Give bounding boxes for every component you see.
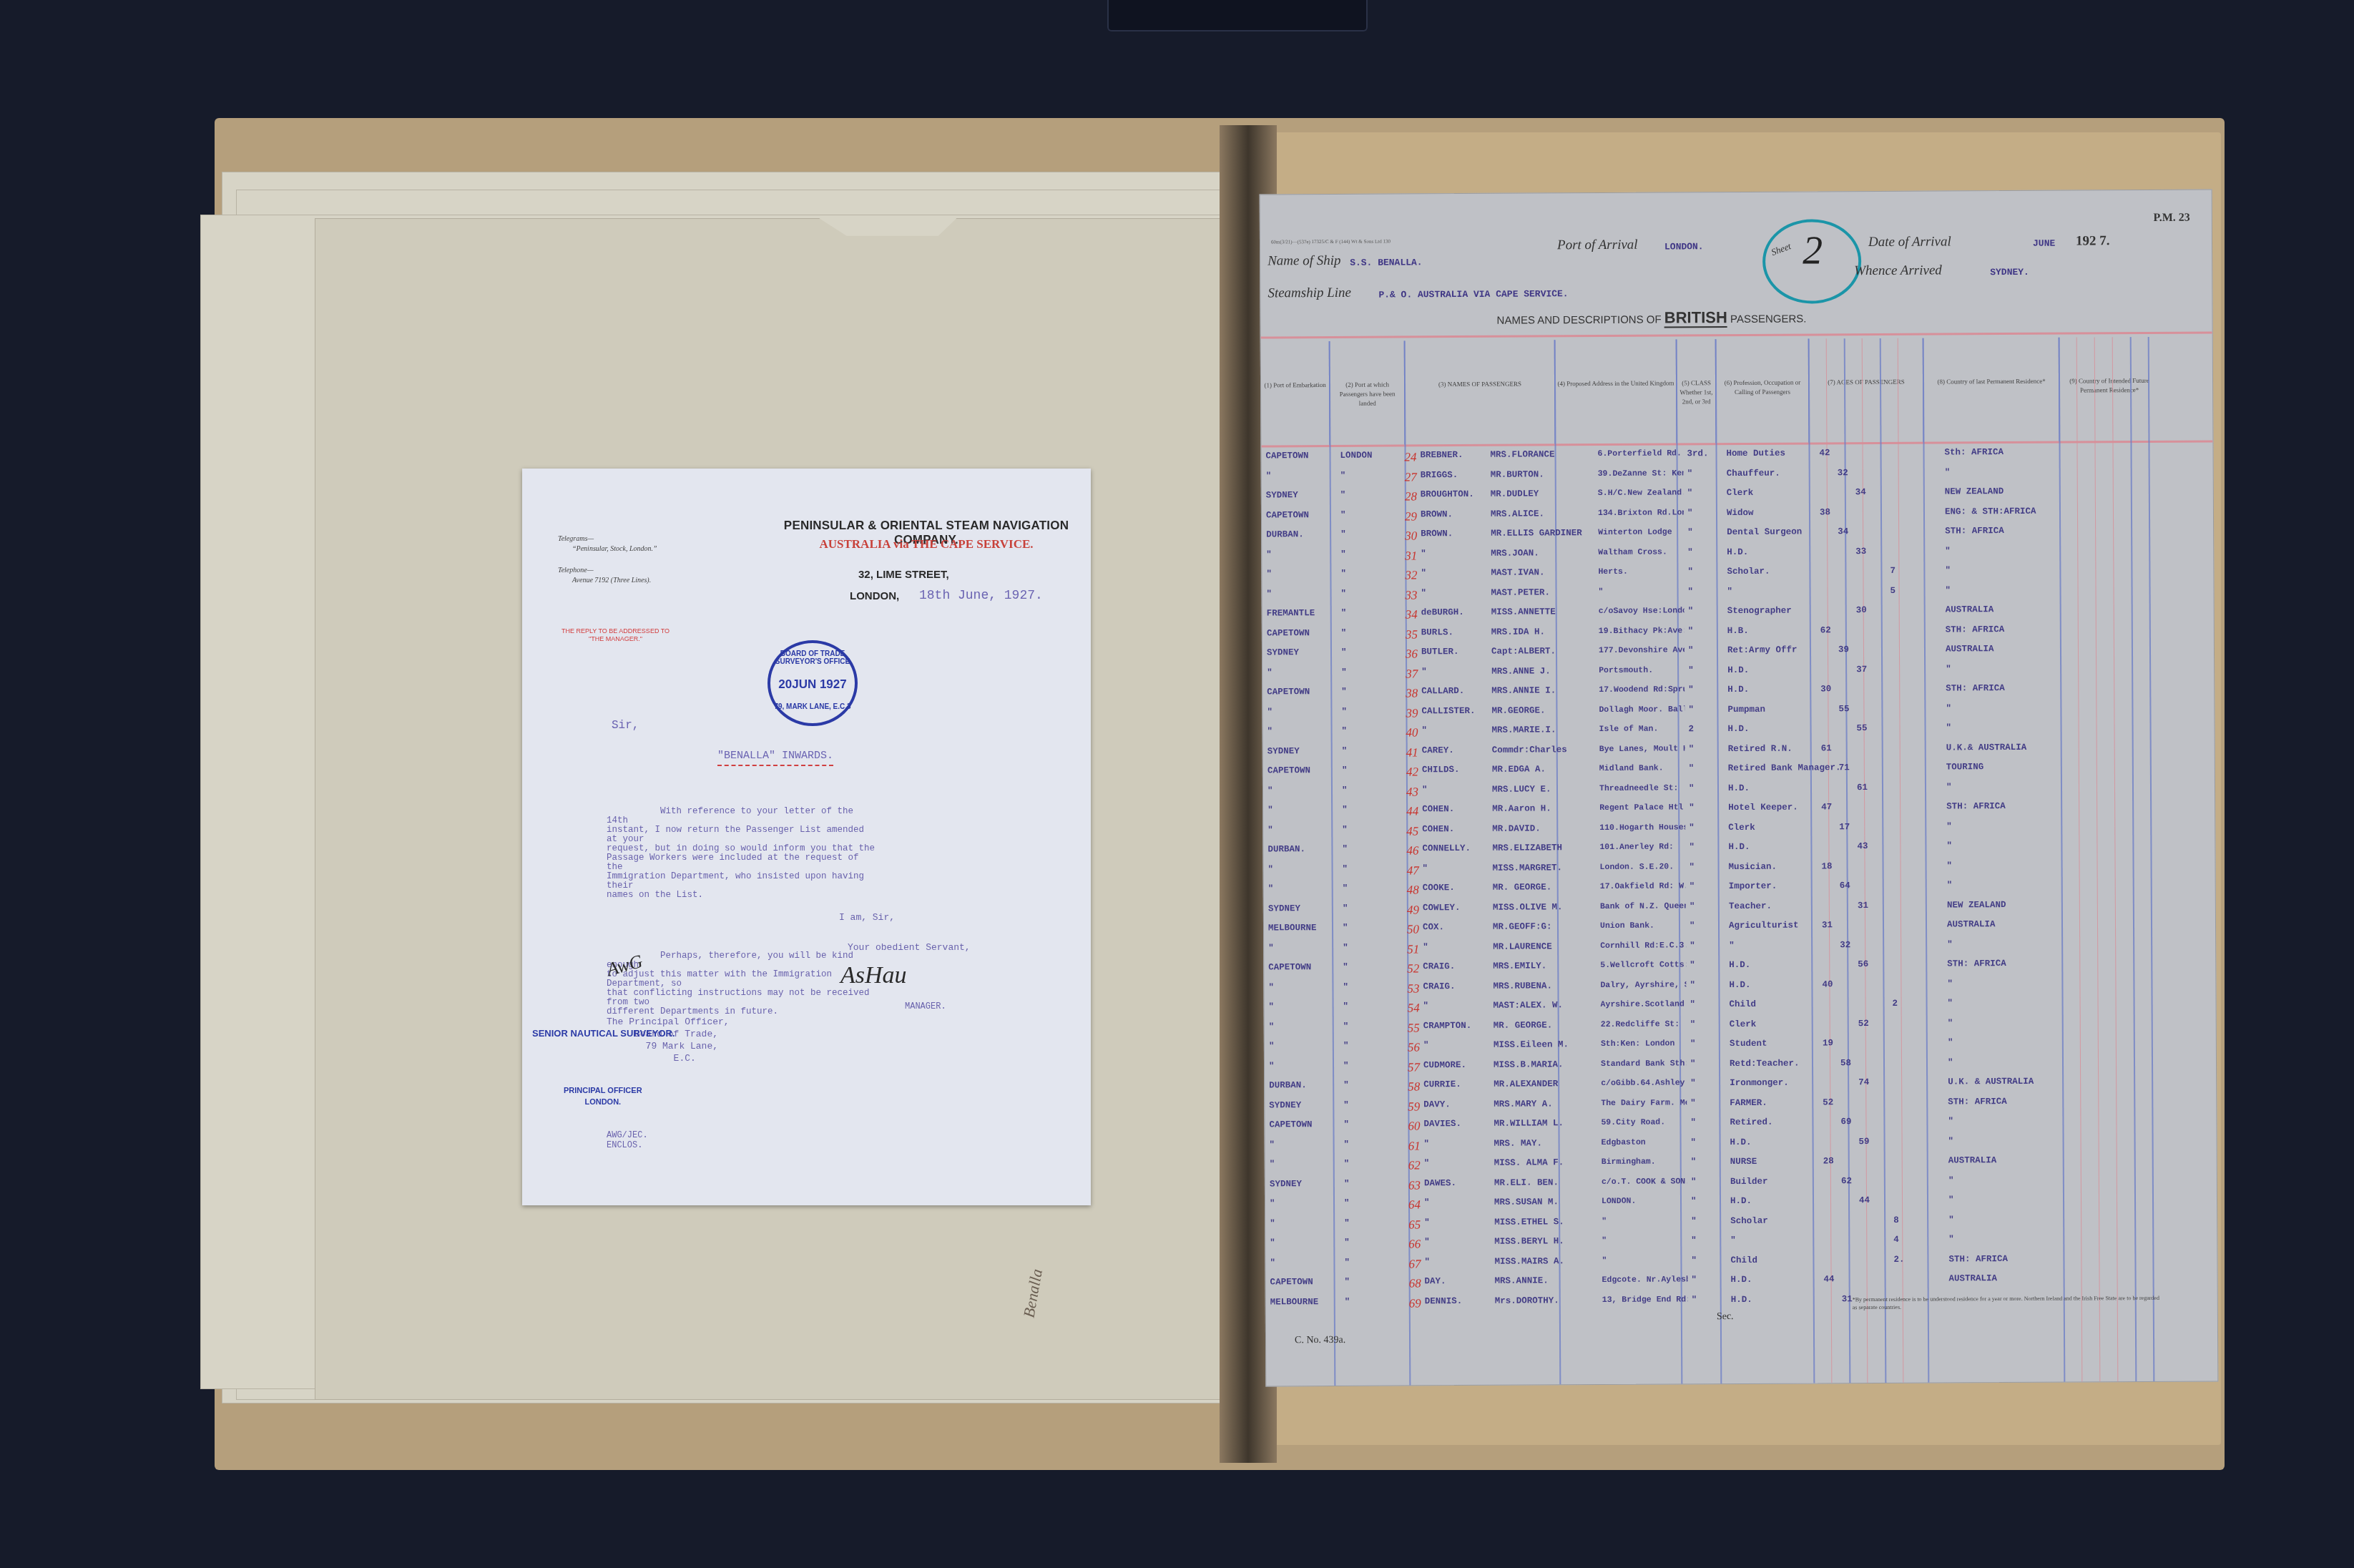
cell-cls: " — [1690, 1059, 1696, 1069]
cell-addr: Herts. — [1598, 567, 1627, 577]
form-number: C. No. 439a. — [1295, 1335, 1345, 1346]
cell-age: 32 — [1840, 940, 1850, 950]
cell-occ: Hotel Keeper. — [1728, 803, 1798, 813]
cell-emb: " — [1268, 982, 1274, 992]
cell-occ: Retired R.N. — [1728, 743, 1793, 753]
surveyor-stamp: SENIOR NAUTICAL SURVEYOR. — [532, 1028, 675, 1039]
cell-occ: Builder — [1730, 1176, 1768, 1186]
cell-cls: " — [1691, 1196, 1697, 1206]
cell-num: 62 — [1408, 1158, 1421, 1172]
cell-land: " — [1343, 1041, 1349, 1051]
cell-age: 2. — [1893, 1254, 1904, 1264]
cell-land: " — [1341, 588, 1347, 598]
cell-given: MRS.ANNE J. — [1491, 666, 1551, 676]
cell-emb: " — [1266, 569, 1272, 579]
cell-num: 32 — [1405, 568, 1417, 582]
cell-cls: " — [1692, 1275, 1697, 1285]
cell-cls: " — [1689, 823, 1695, 833]
port-of-arrival: LONDON. — [1664, 241, 1704, 252]
cell-addr: c/oSavoy Hse:London — [1599, 606, 1684, 616]
cell-emb: SYDNEY — [1268, 903, 1300, 913]
cell-occ: H.D. — [1727, 547, 1748, 557]
cell-given: MR.Aaron H. — [1492, 803, 1551, 813]
cell-addr: " — [1602, 1236, 1607, 1245]
cell-num: 46 — [1406, 843, 1418, 858]
cell-given: MR.WILLIAM L. — [1494, 1118, 1564, 1129]
cell-land: " — [1341, 608, 1347, 618]
col-landed: (2) Port at which Passengers have been l… — [1329, 340, 1406, 445]
cell-addr: 39.DeZanne St: Kenington Park. — [1598, 469, 1684, 479]
cell-res: AUSTRALIA — [1947, 919, 1996, 929]
cell-age: 44 — [1859, 1195, 1870, 1205]
cell-surname: " — [1423, 1040, 1429, 1050]
cell-emb: DURBAN. — [1267, 844, 1305, 854]
cell-surname: CRAIG. — [1423, 981, 1455, 991]
cell-occ: H.D. — [1730, 1196, 1752, 1206]
letterhead-telegrams: Telegrams— “Peninsular, Stock, London.” … — [558, 534, 657, 586]
cell-res: " — [1946, 782, 1952, 792]
cell-emb: " — [1267, 589, 1272, 599]
cell-emb: " — [1268, 883, 1274, 893]
cell-emb: CAPETOWN — [1267, 687, 1310, 697]
cell-land: " — [1342, 785, 1348, 795]
cell-num: 52 — [1407, 961, 1419, 976]
cell-occ: Ret:Army Offr — [1727, 645, 1798, 656]
cell-cls: 2 — [1689, 724, 1695, 734]
cell-surname: DAY. — [1425, 1276, 1446, 1286]
cell-addr: 177.Devonshire Ave — [1599, 645, 1684, 655]
cell-age: 17 — [1839, 822, 1850, 832]
cell-given: MISS. ALMA F. — [1494, 1157, 1564, 1168]
cell-res: " — [1946, 821, 1952, 831]
date-of-arrival-label: Date of Arrival — [1868, 234, 1951, 250]
cell-occ: Clerk — [1727, 488, 1754, 498]
cell-num: 54 — [1408, 1001, 1420, 1015]
cell-emb: " — [1270, 1238, 1275, 1248]
cell-addr: Bank of N.Z. Queen Vict:St;Lnd: — [1600, 901, 1686, 911]
cell-num: 50 — [1407, 922, 1419, 936]
cell-res: " — [1947, 880, 1953, 890]
cell-num: 48 — [1407, 883, 1419, 897]
cell-emb: " — [1270, 1140, 1275, 1150]
cell-emb: SYDNEY — [1266, 490, 1298, 500]
cell-given: MRS.MARY A. — [1494, 1099, 1553, 1109]
cell-given: MRS.LUCY E. — [1492, 784, 1551, 794]
cell-occ: " — [1727, 587, 1733, 597]
cell-land: " — [1344, 1257, 1350, 1267]
steamship-line: P.& O. AUSTRALIA VIA CAPE SERVICE. — [1378, 288, 1568, 300]
cell-land: " — [1341, 667, 1347, 677]
cell-age: 40 — [1822, 979, 1833, 989]
cell-res: " — [1946, 703, 1951, 713]
cell-occ: " — [1730, 1235, 1736, 1245]
cell-num: 63 — [1408, 1178, 1421, 1192]
cell-res: STH: AFRICA — [1946, 624, 2005, 634]
section-ref: Sec. — [1717, 1311, 1734, 1323]
cell-res: AUSTRALIA — [1946, 604, 1994, 614]
cell-land: " — [1343, 1021, 1349, 1031]
cell-occ: Retd:Teacher. — [1730, 1058, 1800, 1069]
cell-emb: " — [1267, 785, 1273, 795]
cell-res: STH: AFRICA — [1948, 1254, 2008, 1264]
cell-num: 59 — [1408, 1099, 1420, 1114]
cell-res: " — [1947, 939, 1953, 949]
cell-cls: " — [1690, 1117, 1696, 1127]
printer-line: 60m(3/21)—(537e) 17325/C & F (144) Wt & … — [1271, 239, 1391, 245]
principal-officer-stamp: PRINCIPAL OFFICER LONDON. — [564, 1085, 642, 1108]
closing-line-1: I am, Sir, — [839, 912, 895, 923]
cell-num: 28 — [1405, 489, 1417, 504]
cell-cls: " — [1689, 842, 1695, 852]
cell-land: " — [1343, 981, 1348, 991]
cell-land: " — [1340, 509, 1346, 519]
cell-num: 56 — [1408, 1040, 1420, 1054]
cell-surname: DAVY. — [1423, 1099, 1451, 1109]
cell-emb: CAPETOWN — [1270, 1277, 1313, 1287]
cell-addr: Waltham Cross. — [1598, 547, 1667, 557]
cell-num: 65 — [1408, 1217, 1421, 1232]
cell-given: Capt:ALBERT. — [1491, 646, 1556, 656]
cell-land: " — [1342, 726, 1348, 736]
cell-addr: 101.Anerley Rd: — [1599, 842, 1674, 852]
cell-addr: 13, Bridge End Rd: Grantham. — [1602, 1295, 1688, 1305]
cell-given: MRS.ALICE. — [1491, 509, 1544, 519]
cell-age: 31 — [1858, 901, 1868, 911]
cell-cls: 3rd. — [1687, 449, 1709, 459]
cell-age: 33 — [1855, 547, 1866, 557]
cell-land: " — [1340, 549, 1346, 559]
cell-occ: H.D. — [1729, 979, 1750, 989]
cell-age: 30 — [1856, 605, 1867, 615]
cell-age: 61 — [1857, 783, 1868, 793]
cell-land: " — [1344, 1217, 1350, 1228]
cell-occ: Clerk — [1728, 822, 1755, 832]
col-last-residence: (8) Country of last Permanent Residence* — [1923, 338, 2060, 442]
cell-emb: CAPETOWN — [1267, 628, 1310, 638]
cell-given: MRS.FLORANCE — [1491, 449, 1555, 459]
cell-surname: BURLS. — [1421, 627, 1453, 637]
cell-surname: BROWN. — [1421, 509, 1453, 519]
letter-subject: "BENALLA" INWARDS. — [717, 750, 833, 766]
cell-res: " — [1946, 722, 1952, 732]
cell-res: " — [1948, 1057, 1953, 1067]
cell-surname: DENNIS. — [1425, 1296, 1463, 1306]
cell-given: MR. GEORGE. — [1494, 1020, 1553, 1030]
cell-cls: " — [1690, 901, 1695, 911]
cell-given: MRS.IDA H. — [1491, 627, 1545, 637]
cell-occ: Importer. — [1729, 881, 1777, 891]
cell-surname: BUTLER. — [1421, 647, 1459, 657]
cell-cls: " — [1690, 881, 1695, 891]
cell-land: " — [1345, 1296, 1350, 1306]
cell-age: 62 — [1841, 1176, 1852, 1186]
col-address: (4) Proposed Address in the United Kingd… — [1554, 339, 1677, 444]
cell-occ: H.D. — [1731, 1294, 1752, 1304]
cell-cls: " — [1691, 1137, 1697, 1147]
cell-age: 64 — [1840, 881, 1850, 891]
service-name: AUSTRALIA via THE CAPE SERVICE. — [769, 537, 1084, 552]
company-city: LONDON, — [850, 590, 899, 602]
cell-num: 55 — [1408, 1021, 1420, 1035]
cell-cls: " — [1691, 1235, 1697, 1245]
cell-res: " — [1948, 1018, 1953, 1028]
cell-occ: " — [1729, 941, 1735, 951]
cell-addr: 59.City Road. — [1601, 1118, 1665, 1127]
cell-surname: " — [1421, 667, 1427, 677]
cell-age: 47 — [1821, 802, 1832, 812]
cell-res: " — [1948, 1234, 1954, 1244]
cell-res: " — [1946, 664, 1951, 674]
cell-age: 31 — [1822, 920, 1833, 930]
cell-surname: COWLEY. — [1423, 903, 1461, 913]
ship-name-label: Name of Ship — [1267, 253, 1341, 270]
cell-surname: " — [1421, 549, 1426, 559]
cell-num: 37 — [1406, 667, 1418, 681]
cell-cls: " — [1690, 960, 1695, 970]
cell-emb: SYDNEY — [1269, 1100, 1301, 1110]
cell-age: 34 — [1855, 487, 1866, 497]
cell-given: MRS.MARIE.I. — [1492, 725, 1556, 735]
recipient-address: The Principal Officer, Board of Trade, 7… — [607, 1016, 730, 1064]
cell-res: " — [1948, 1195, 1954, 1205]
cell-num: 35 — [1406, 627, 1418, 642]
cell-res: " — [1948, 1037, 1953, 1047]
cell-surname: " — [1424, 1139, 1430, 1149]
cell-age: 69 — [1840, 1117, 1851, 1127]
whence-arrived-label: Whence Arrived — [1854, 263, 1942, 280]
whence-arrived: SYDNEY. — [1990, 267, 2029, 278]
company-address: 32, LIME STREET, — [858, 569, 949, 581]
cell-land: " — [1343, 1099, 1349, 1109]
cell-res: " — [1945, 546, 1951, 556]
cell-given: MRS.SUSAN M. — [1494, 1197, 1559, 1207]
cell-addr: Edgbaston — [1602, 1137, 1646, 1147]
cell-num: 44 — [1406, 804, 1418, 818]
cell-age: 55 — [1857, 723, 1868, 733]
cell-age: 71 — [1839, 763, 1850, 773]
cell-addr: London. S.E.20. — [1600, 862, 1674, 872]
cell-land: " — [1342, 824, 1348, 834]
cell-occ: Agriculturist — [1729, 921, 1799, 931]
cell-res: NEW ZEALAND — [1945, 486, 2004, 496]
cell-given: MRS.ANNIE I. — [1491, 685, 1556, 695]
cell-age: 37 — [1856, 665, 1867, 675]
cell-cls: " — [1690, 999, 1696, 1009]
cell-num: 30 — [1405, 529, 1417, 543]
cell-cls: " — [1690, 862, 1695, 872]
cell-addr: Dollagh Moor. Ballaugh. — [1599, 705, 1684, 715]
cell-given: MR.LAURENCE — [1493, 941, 1552, 951]
cell-emb: " — [1269, 1001, 1275, 1011]
cell-emb: " — [1270, 1198, 1275, 1208]
cell-surname: COHEN. — [1422, 804, 1454, 814]
cell-cls: " — [1688, 587, 1694, 597]
cell-surname: " — [1424, 1257, 1430, 1267]
cell-emb: DURBAN. — [1269, 1080, 1307, 1090]
cell-cls: " — [1690, 941, 1695, 951]
letter-date: 18th June, 1927. — [919, 589, 1043, 603]
cell-res: STH: AFRICA — [1946, 801, 2006, 811]
cell-res: U.K. & AUSTRALIA — [1948, 1077, 2034, 1087]
cell-emb: CAPETOWN — [1268, 962, 1311, 972]
closing-line-2: Your obedient Servant, — [848, 942, 971, 953]
cell-surname: " — [1421, 588, 1427, 598]
cell-cls: " — [1689, 744, 1695, 754]
cell-occ: H.D. — [1727, 685, 1749, 695]
cell-given: MR.BURTON. — [1491, 469, 1544, 479]
cell-land: " — [1342, 765, 1348, 775]
cell-given: MR.EDGA A. — [1492, 764, 1546, 774]
cell-surname: " — [1421, 568, 1426, 578]
cell-occ: Scholar. — [1727, 567, 1770, 577]
cell-surname: CRAMPTON. — [1423, 1020, 1472, 1030]
cell-given: MR.ELI. BEN. — [1494, 1177, 1559, 1187]
cell-occ: Student — [1730, 1039, 1767, 1049]
cell-land: " — [1341, 706, 1347, 716]
col-names: (3) NAMES OF PASSENGERS — [1404, 340, 1556, 444]
cell-emb: SYDNEY — [1270, 1179, 1302, 1189]
cell-land: " — [1341, 687, 1347, 697]
cell-num: 64 — [1408, 1197, 1421, 1212]
cell-res: AUSTRALIA — [1946, 644, 1994, 654]
cell-land: " — [1342, 745, 1348, 755]
cell-num: 27 — [1405, 470, 1417, 484]
cell-age: 5 — [1890, 585, 1896, 595]
cell-given: MR.DAVID. — [1492, 823, 1541, 833]
cell-cls: " — [1689, 783, 1695, 793]
cell-surname: BRIGGS. — [1421, 470, 1458, 480]
cell-res: " — [1945, 565, 1951, 575]
cell-num: 40 — [1406, 725, 1418, 740]
cell-addr: " — [1602, 1255, 1607, 1265]
cell-num: 38 — [1406, 686, 1418, 700]
ship-name: S.S. BENALLA. — [1350, 257, 1422, 268]
cell-age: 42 — [1820, 448, 1830, 458]
cell-occ: Ironmonger. — [1730, 1078, 1789, 1088]
cell-occ: Child — [1730, 1255, 1757, 1265]
cell-given: MISS.MARGRET. — [1493, 863, 1563, 873]
cell-num: 45 — [1406, 824, 1418, 838]
cell-cls: " — [1691, 1216, 1697, 1226]
cell-cls: " — [1691, 1255, 1697, 1265]
cell-land: " — [1345, 1277, 1350, 1287]
cell-emb: DURBAN. — [1266, 529, 1304, 539]
cell-occ: Widow — [1727, 507, 1754, 517]
cell-num: 31 — [1405, 549, 1417, 563]
cell-surname: BROWN. — [1421, 529, 1453, 539]
cell-age: 7 — [1890, 566, 1896, 576]
cell-age: 34 — [1838, 526, 1848, 536]
cell-num: 57 — [1408, 1060, 1420, 1074]
cell-cls: " — [1689, 763, 1695, 773]
cell-given: MAST:ALEX. W. — [1494, 1000, 1564, 1011]
cell-surname: " — [1423, 1001, 1429, 1011]
cell-emb: " — [1269, 1061, 1275, 1071]
cell-emb: " — [1266, 471, 1272, 481]
cell-given: MR.GEORGE. — [1491, 705, 1545, 715]
cell-surname: CALLARD. — [1421, 686, 1464, 696]
cell-cls: " — [1690, 1019, 1696, 1029]
cell-emb: " — [1270, 1218, 1275, 1228]
cell-addr: Birmingham. — [1602, 1157, 1656, 1167]
cell-occ: H.D. — [1730, 1137, 1752, 1147]
cell-land: " — [1343, 1060, 1349, 1070]
cell-emb: FREMANTLE — [1267, 608, 1315, 618]
cell-given: MISS.ETHEL S. — [1494, 1217, 1564, 1228]
cell-res: STH: AFRICA — [1945, 526, 2004, 536]
cell-age: 43 — [1857, 841, 1868, 851]
cell-res: " — [1947, 979, 1953, 989]
cell-emb: " — [1268, 864, 1274, 874]
cell-occ: H.D. — [1727, 665, 1749, 675]
cell-age: 55 — [1838, 704, 1849, 714]
cell-age: 59 — [1859, 1137, 1870, 1147]
cell-num: 53 — [1407, 981, 1419, 996]
cell-addr: Edgcote. Nr.Aylesbury.Bucks — [1602, 1275, 1688, 1285]
cell-cls: " — [1690, 1078, 1696, 1088]
cell-surname: " — [1424, 1158, 1430, 1168]
cell-occ: Retired Bank Manager. — [1728, 763, 1841, 773]
col-future-residence: (9) Country of Intended Future Permanent… — [2059, 337, 2160, 441]
cell-given: MR.DUDLEY — [1491, 489, 1539, 499]
cell-land: " — [1343, 863, 1348, 873]
cell-res: " — [1946, 585, 1951, 595]
cell-age: 52 — [1858, 1019, 1869, 1029]
cell-cls: " — [1690, 921, 1695, 931]
cell-age: 2 — [1893, 999, 1898, 1009]
cell-land: " — [1343, 903, 1348, 913]
cell-surname: CALLISTER. — [1421, 705, 1475, 715]
cell-cls: " — [1688, 645, 1694, 655]
cell-age: 8 — [1893, 1215, 1899, 1225]
cell-res: " — [1948, 1215, 1954, 1225]
cell-occ: Scholar — [1730, 1215, 1768, 1225]
cell-addr: Union Bank. — [1600, 921, 1654, 931]
cell-addr: 19.Bithacy Pk:Ave: Mill Hill.London. — [1599, 626, 1684, 636]
cell-occ: H.D. — [1728, 724, 1750, 734]
cell-age: 39 — [1838, 645, 1849, 655]
cell-num: 42 — [1406, 765, 1418, 779]
cell-addr: Portsmouth. — [1599, 665, 1653, 675]
cell-cls: " — [1688, 626, 1694, 636]
reply-note: THE REPLY TO BE ADDRESSED TO "THE MANAGE… — [561, 627, 670, 643]
cell-num: 33 — [1406, 588, 1418, 602]
cell-emb: MELBOURNE — [1270, 1297, 1319, 1307]
cell-surname: COX. — [1423, 922, 1444, 932]
cell-given: MRS.JOAN. — [1491, 548, 1539, 558]
cell-land: " — [1342, 844, 1348, 854]
cell-land: " — [1344, 1139, 1350, 1149]
cell-addr: 17.Woodend Rd:Spruce Hill.Walthamstow. — [1599, 685, 1684, 695]
cell-surname: " — [1424, 1237, 1430, 1247]
cell-res: Sth: AFRICA — [1945, 447, 2004, 457]
cell-addr: " — [1599, 587, 1604, 596]
cell-cls: " — [1687, 527, 1693, 537]
cell-age: 52 — [1823, 1097, 1833, 1107]
cell-age: 62 — [1820, 625, 1831, 635]
cell-given: MRS.ELIZABETH — [1492, 843, 1562, 853]
cell-emb: " — [1267, 805, 1273, 815]
cell-cls: " — [1688, 685, 1694, 695]
cell-addr: c/oGibb.64.Ashley Terr:Edinburgh. — [1601, 1078, 1687, 1088]
cell-addr: Regent Palace Htl Piccadilly. — [1599, 803, 1685, 813]
cell-num: 51 — [1407, 942, 1419, 956]
cell-land: " — [1343, 923, 1348, 933]
cell-given: MISS.Eileen M. — [1494, 1039, 1569, 1050]
cell-land: " — [1340, 569, 1346, 579]
cell-age: 31 — [1842, 1294, 1853, 1304]
cell-addr: 22.Redcliffe St: — [1601, 1019, 1679, 1029]
